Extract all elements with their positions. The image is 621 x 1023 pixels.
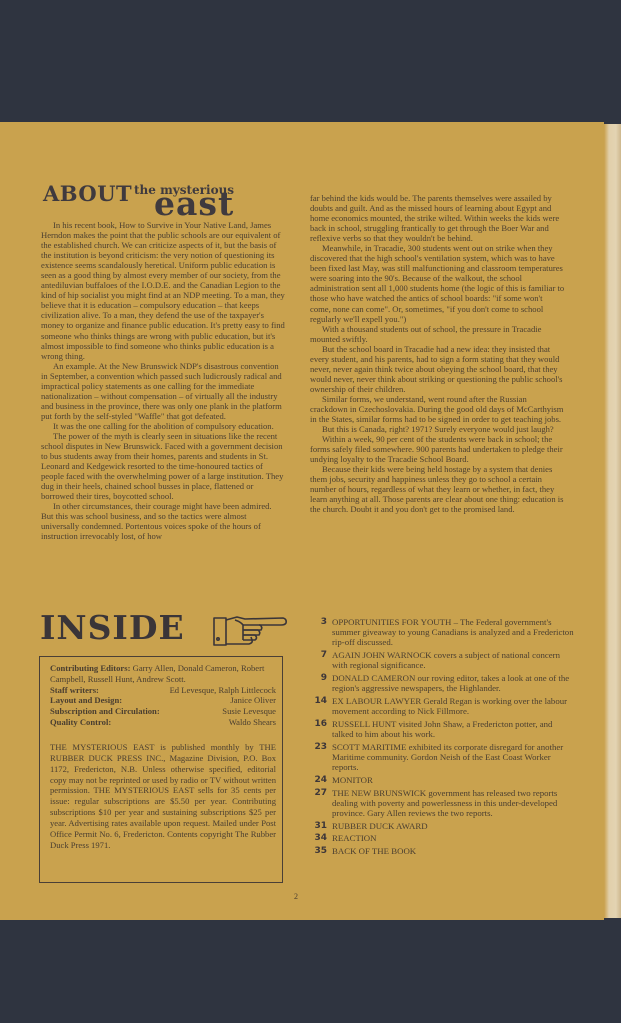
toc-page-number: 3 bbox=[310, 617, 332, 648]
paragraph: Meanwhile, in Tracadie, 300 students wen… bbox=[310, 243, 565, 323]
toc-item[interactable]: 16RUSSELL HUNT visited John Shaw, a Fred… bbox=[310, 719, 575, 739]
credit-row: Subscription and Circulation: Susie Leve… bbox=[50, 706, 276, 717]
toc-description: RUSSELL HUNT visited John Shaw, a Freder… bbox=[332, 719, 575, 739]
toc-description: THE NEW BRUNSWICK government has release… bbox=[332, 788, 575, 819]
inside-heading: INSIDE bbox=[40, 610, 185, 646]
toc-page-number: 24 bbox=[310, 775, 332, 785]
toc-description: DONALD CAMERON our roving editor, takes … bbox=[332, 673, 575, 693]
paragraph: Because their kids were being held hosta… bbox=[310, 464, 565, 514]
toc-item[interactable]: 35BACK OF THE BOOK bbox=[310, 846, 575, 856]
credit-row: Layout and Design: Janice Oliver bbox=[50, 695, 276, 706]
paragraph: The power of the myth is clearly seen in… bbox=[41, 431, 286, 501]
paragraph: Within a week, 90 per cent of the studen… bbox=[310, 434, 565, 464]
pointing-hand-icon bbox=[213, 612, 289, 648]
paragraph: far behind the kids would be. The parent… bbox=[310, 193, 565, 243]
paragraph: With a thousand students out of school, … bbox=[310, 324, 565, 344]
toc-description: OPPORTUNITIES FOR YOUTH – The Federal go… bbox=[332, 617, 575, 648]
toc-item[interactable]: 7AGAIN JOHN WARNOCK covers a subject of … bbox=[310, 650, 575, 670]
paragraph: But this is Canada, right? 1971? Surely … bbox=[310, 424, 565, 434]
title-about: ABOUT bbox=[43, 181, 132, 206]
toc-item[interactable]: 34REACTION bbox=[310, 833, 575, 843]
toc-page-number: 34 bbox=[310, 833, 332, 843]
contributing-editors: Contributing Editors: Garry Allen, Donal… bbox=[50, 663, 276, 685]
toc-page-number: 31 bbox=[310, 821, 332, 831]
toc-item[interactable]: 3OPPORTUNITIES FOR YOUTH – The Federal g… bbox=[310, 617, 575, 648]
toc-item[interactable]: 23SCOTT MARITIME exhibited its corporate… bbox=[310, 742, 575, 773]
toc-description: MONITOR bbox=[332, 775, 575, 785]
toc-page-number: 23 bbox=[310, 742, 332, 773]
publication-note: THE MYSTERIOUS EAST is published monthly… bbox=[50, 742, 276, 851]
toc-description: EX LABOUR LAWYER Gerald Regan is working… bbox=[332, 696, 575, 716]
credit-row: Staff writers: Ed Levesque, Ralph Little… bbox=[50, 685, 276, 696]
toc-description: REACTION bbox=[332, 833, 575, 843]
paragraph: In other circumstances, their courage mi… bbox=[41, 501, 286, 541]
toc-description: AGAIN JOHN WARNOCK covers a subject of n… bbox=[332, 650, 575, 670]
paragraph: But the school board in Tracadie had a n… bbox=[310, 344, 565, 394]
article-title: ABOUT the mysterious east bbox=[43, 181, 303, 221]
paragraph: An example. At the New Brunswick NDP's d… bbox=[41, 361, 286, 421]
toc-page-number: 9 bbox=[310, 673, 332, 693]
article-column-left: In his recent book, How to Survive in Yo… bbox=[41, 220, 286, 542]
page-edge bbox=[604, 124, 621, 918]
credit-row: Quality Control: Waldo Shears bbox=[50, 717, 276, 728]
masthead-box: Contributing Editors: Garry Allen, Donal… bbox=[39, 656, 283, 883]
paragraph: Similar forms, we understand, went round… bbox=[310, 394, 565, 424]
paragraph: In his recent book, How to Survive in Yo… bbox=[41, 220, 286, 361]
page-number: 2 bbox=[294, 892, 298, 901]
toc-page-number: 16 bbox=[310, 719, 332, 739]
toc-item[interactable]: 31RUBBER DUCK AWARD bbox=[310, 821, 575, 831]
article-column-right: far behind the kids would be. The parent… bbox=[310, 193, 565, 515]
toc-description: RUBBER DUCK AWARD bbox=[332, 821, 575, 831]
toc-page-number: 35 bbox=[310, 846, 332, 856]
table-of-contents: 3OPPORTUNITIES FOR YOUTH – The Federal g… bbox=[310, 617, 575, 859]
title-east: east bbox=[154, 187, 234, 220]
paragraph: It was the one calling for the abolition… bbox=[41, 421, 286, 431]
toc-item[interactable]: 14EX LABOUR LAWYER Gerald Regan is worki… bbox=[310, 696, 575, 716]
toc-page-number: 7 bbox=[310, 650, 332, 670]
toc-description: BACK OF THE BOOK bbox=[332, 846, 575, 856]
toc-page-number: 14 bbox=[310, 696, 332, 716]
toc-item[interactable]: 9DONALD CAMERON our roving editor, takes… bbox=[310, 673, 575, 693]
toc-item[interactable]: 27THE NEW BRUNSWICK government has relea… bbox=[310, 788, 575, 819]
toc-description: SCOTT MARITIME exhibited its corporate d… bbox=[332, 742, 575, 773]
toc-page-number: 27 bbox=[310, 788, 332, 819]
toc-item[interactable]: 24MONITOR bbox=[310, 775, 575, 785]
